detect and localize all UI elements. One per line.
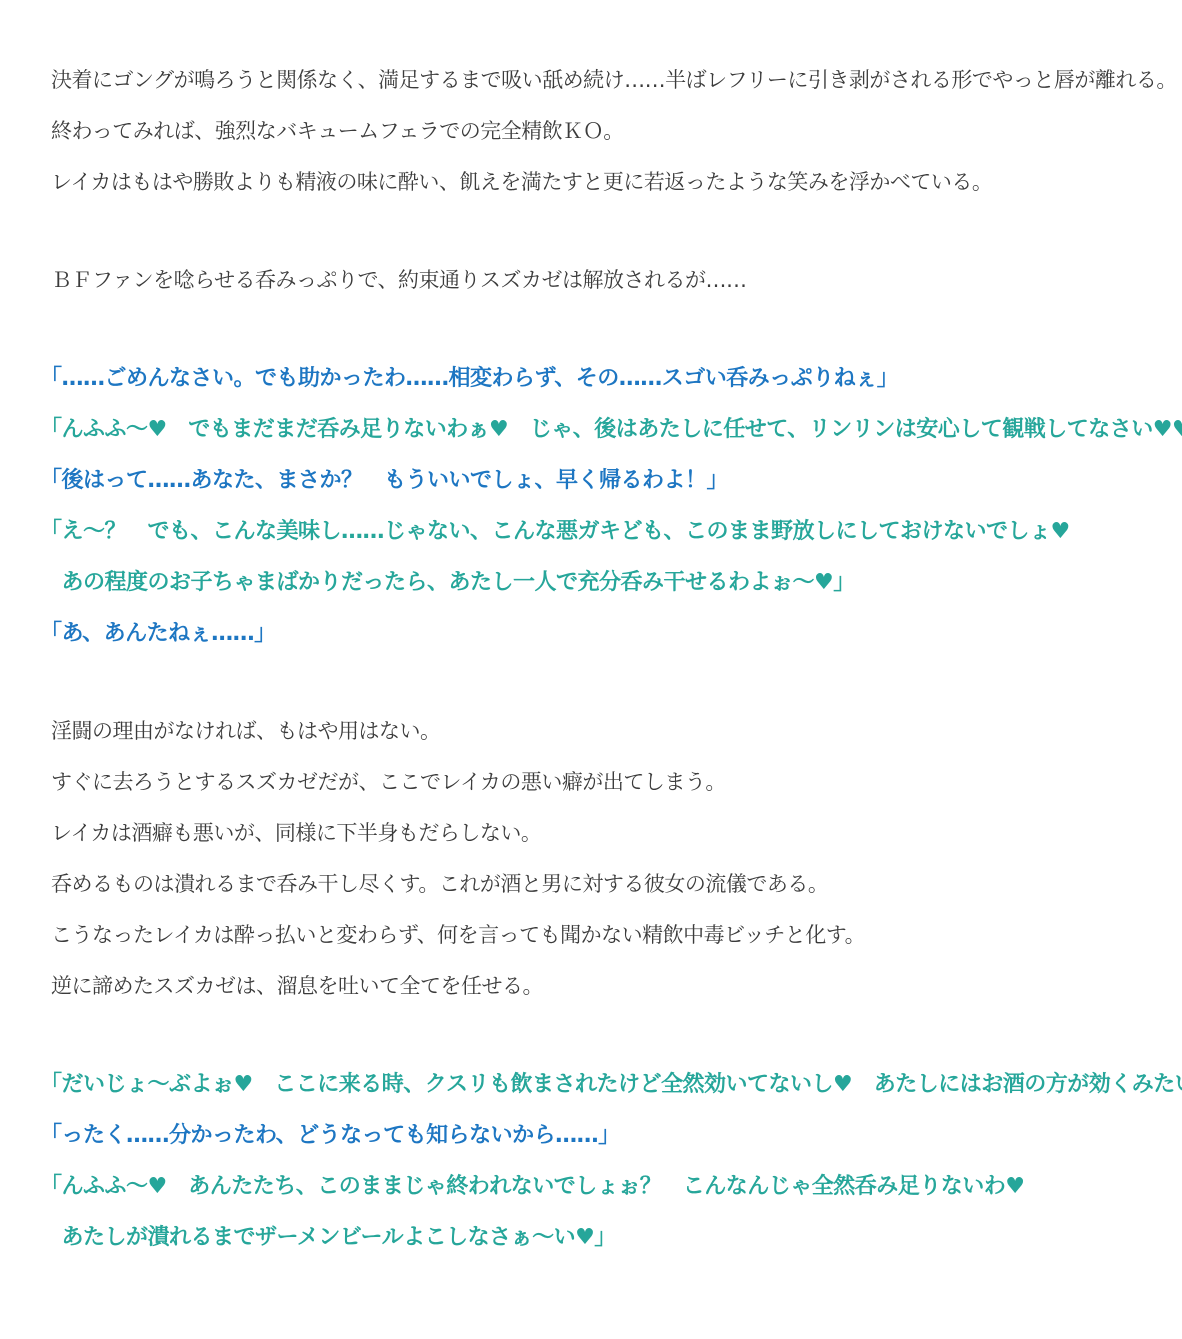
dialogue-line: 「ったく……分かったわ、どうなっても知らないから……」 xyxy=(40,1110,1172,1161)
dialogue-paragraph: 「だいじょ～ぶよぉ♥ ここに来る時、クスリも飲まされたけど全然効いてないし♥ あ… xyxy=(40,1059,1172,1263)
narrative-line: 終わってみれば、強烈なバキュームフェラでの完全精飲ＫＯ。 xyxy=(40,106,1172,157)
dialogue-line: 「え～？ でも、こんな美味し……じゃない、こんな悪ガキども、このまま野放しにして… xyxy=(40,506,1172,557)
dialogue-line: 「後はって……あなた、まさか？ もういいでしょ、早く帰るわよ！」 xyxy=(40,455,1172,506)
narrative-line: こうなったレイカは酔っ払いと変わらず、何を言っても聞かない精飲中毒ビッチと化す。 xyxy=(40,910,1172,961)
dialogue-line: 「んふふ～♥ あんたたち、このままじゃ終われないでしょぉ？ こんなんじゃ全然呑み… xyxy=(40,1161,1172,1212)
narrative-line: すぐに去ろうとするスズカゼだが、ここでレイカの悪い癖が出てしまう。 xyxy=(40,757,1172,808)
dialogue-line: あの程度のお子ちゃまばかりだったら、あたし一人で充分呑み干せるわよぉ～♥」 xyxy=(40,557,1172,608)
narrative-line: ＢＦファンを唸らせる呑みっぷりで、約束通りスズカゼは解放されるが…… xyxy=(40,255,1172,306)
dialogue-line: 「だいじょ～ぶよぉ♥ ここに来る時、クスリも飲まされたけど全然効いてないし♥ あ… xyxy=(40,1059,1172,1110)
story-page: 決着にゴングが鳴ろうと関係なく、満足するまで吸い舐め続け……半ばレフリーに引き剥… xyxy=(0,0,1182,1263)
story-text: 決着にゴングが鳴ろうと関係なく、満足するまで吸い舐め続け……半ばレフリーに引き剥… xyxy=(40,55,1172,1263)
narrative-line: 淫闘の理由がなければ、もはや用はない。 xyxy=(40,706,1172,757)
dialogue-line: あたしが潰れるまでザーメンビールよこしなさぁ～い♥」 xyxy=(40,1212,1172,1263)
narrative-paragraph: ＢＦファンを唸らせる呑みっぷりで、約束通りスズカゼは解放されるが…… xyxy=(40,255,1172,306)
narrative-line: レイカは酒癖も悪いが、同様に下半身もだらしない。 xyxy=(40,808,1172,859)
narrative-paragraph: 淫闘の理由がなければ、もはや用はない。すぐに去ろうとするスズカゼだが、ここでレイ… xyxy=(40,706,1172,1012)
narrative-line: 逆に諦めたスズカゼは、溜息を吐いて全てを任せる。 xyxy=(40,961,1172,1012)
dialogue-line: 「んふふ～♥ でもまだまだ呑み足りないわぁ♥ じゃ、後はあたしに任せて、リンリン… xyxy=(40,404,1172,455)
dialogue-line: 「あ、あんたねぇ……」 xyxy=(40,608,1172,659)
narrative-paragraph: 決着にゴングが鳴ろうと関係なく、満足するまで吸い舐め続け……半ばレフリーに引き剥… xyxy=(40,55,1172,208)
dialogue-paragraph: 「……ごめんなさい。でも助かったわ……相変わらず、その……スゴい呑みっぷりねぇ」… xyxy=(40,353,1172,659)
dialogue-line: 「……ごめんなさい。でも助かったわ……相変わらず、その……スゴい呑みっぷりねぇ」 xyxy=(40,353,1172,404)
narrative-line: 呑めるものは潰れるまで呑み干し尽くす。これが酒と男に対する彼女の流儀である。 xyxy=(40,859,1172,910)
narrative-line: レイカはもはや勝敗よりも精液の味に酔い、飢えを満たすと更に若返ったような笑みを浮… xyxy=(40,157,1172,208)
narrative-line: 決着にゴングが鳴ろうと関係なく、満足するまで吸い舐め続け……半ばレフリーに引き剥… xyxy=(40,55,1172,106)
